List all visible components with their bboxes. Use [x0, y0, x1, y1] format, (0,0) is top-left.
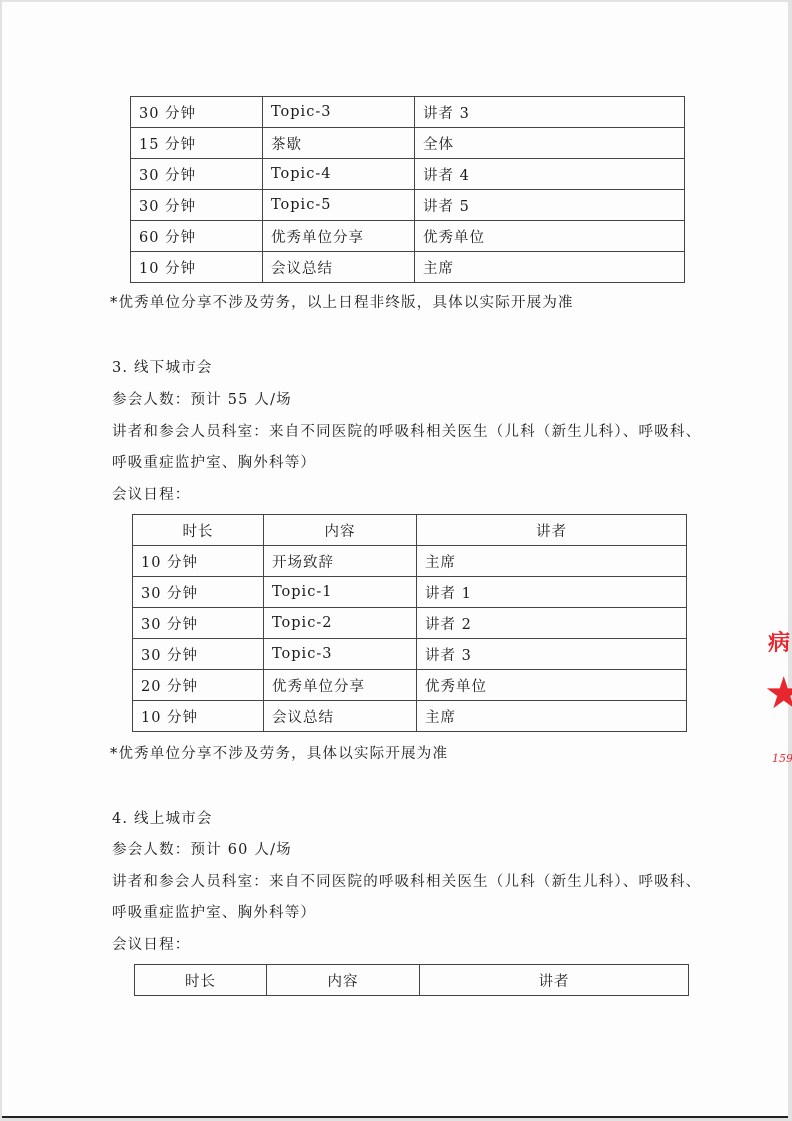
speaker-cell: 讲者 4	[415, 159, 685, 190]
speaker-cell: 讲者 3	[415, 97, 685, 128]
content-cell: 会议总结	[263, 252, 415, 283]
schedule-table-continued: 30 分钟 Topic-3 讲者 3 15 分钟 茶歇 全体 30 分钟 Top…	[130, 96, 685, 283]
official-seal: 病 ★ 159	[762, 612, 792, 772]
footnote: *优秀单位分享不涉及劳务，具体以实际开展为准	[110, 744, 448, 764]
attendee-count: 参会人数：预计 60 人/场	[112, 840, 292, 860]
table-row: 20 分钟 优秀单位分享 优秀单位	[133, 670, 687, 701]
departments-text-cont: 呼吸重症监护室、胸外科等）	[112, 453, 316, 473]
duration-cell: 30 分钟	[133, 608, 264, 639]
seal-character: 病	[768, 626, 790, 657]
table-row: 15 分钟 茶歇 全体	[131, 128, 685, 159]
content-cell: Topic-3	[263, 97, 415, 128]
content-cell: Topic-3	[264, 639, 417, 670]
header-speaker: 讲者	[420, 965, 689, 996]
speaker-cell: 讲者 2	[417, 608, 687, 639]
content-cell: Topic-2	[264, 608, 417, 639]
content-cell: 优秀单位分享	[263, 221, 415, 252]
document-page: 30 分钟 Topic-3 讲者 3 15 分钟 茶歇 全体 30 分钟 Top…	[2, 2, 788, 1118]
speaker-cell: 讲者 5	[415, 190, 685, 221]
departments-text-cont: 呼吸重症监护室、胸外科等）	[112, 903, 316, 923]
speaker-cell: 优秀单位	[415, 221, 685, 252]
table-row: 10 分钟 开场致辞 主席	[133, 546, 687, 577]
footnote: *优秀单位分享不涉及劳务，以上日程非终版，具体以实际开展为准	[110, 293, 574, 313]
attendee-count: 参会人数：预计 55 人/场	[112, 390, 292, 410]
speaker-cell: 优秀单位	[417, 670, 687, 701]
header-duration: 时长	[133, 515, 264, 546]
content-cell: 会议总结	[264, 701, 417, 732]
content-cell: 开场致辞	[264, 546, 417, 577]
table-row: 10 分钟 会议总结 主席	[131, 252, 685, 283]
duration-cell: 10 分钟	[131, 252, 263, 283]
speaker-cell: 主席	[417, 701, 687, 732]
section-heading: 3. 线下城市会	[112, 358, 213, 378]
header-content: 内容	[264, 515, 417, 546]
table-header-row: 时长 内容 讲者	[133, 515, 687, 546]
speaker-cell: 讲者 1	[417, 577, 687, 608]
duration-cell: 15 分钟	[131, 128, 263, 159]
speaker-cell: 主席	[417, 546, 687, 577]
duration-cell: 30 分钟	[133, 639, 264, 670]
duration-cell: 30 分钟	[131, 190, 263, 221]
header-speaker: 讲者	[417, 515, 687, 546]
departments-text: 讲者和参会人员科室：来自不同医院的呼吸科相关医生（儿科（新生儿科）、呼吸科、	[112, 422, 701, 442]
speaker-cell: 主席	[415, 252, 685, 283]
table-header-row: 时长 内容 讲者	[135, 965, 689, 996]
schedule-table-offline: 时长 内容 讲者 10 分钟 开场致辞 主席 30 分钟 Topic-1 讲者 …	[132, 514, 687, 732]
content-cell: Topic-5	[263, 190, 415, 221]
table-row: 30 分钟 Topic-5 讲者 5	[131, 190, 685, 221]
seal-star-icon: ★	[764, 672, 792, 716]
agenda-label: 会议日程：	[112, 485, 191, 505]
header-content: 内容	[267, 965, 420, 996]
duration-cell: 60 分钟	[131, 221, 263, 252]
table-row: 10 分钟 会议总结 主席	[133, 701, 687, 732]
content-cell: 茶歇	[263, 128, 415, 159]
speaker-cell: 讲者 3	[417, 639, 687, 670]
content-cell: 优秀单位分享	[264, 670, 417, 701]
table-row: 60 分钟 优秀单位分享 优秀单位	[131, 221, 685, 252]
duration-cell: 20 分钟	[133, 670, 264, 701]
speaker-cell: 全体	[415, 128, 685, 159]
duration-cell: 10 分钟	[133, 701, 264, 732]
schedule-table-online: 时长 内容 讲者	[134, 964, 689, 996]
table-row: 30 分钟 Topic-1 讲者 1	[133, 577, 687, 608]
table-row: 30 分钟 Topic-3 讲者 3	[133, 639, 687, 670]
duration-cell: 30 分钟	[133, 577, 264, 608]
content-cell: Topic-1	[264, 577, 417, 608]
header-duration: 时长	[135, 965, 267, 996]
table-row: 30 分钟 Topic-2 讲者 2	[133, 608, 687, 639]
departments-text: 讲者和参会人员科室：来自不同医院的呼吸科相关医生（儿科（新生儿科）、呼吸科、	[112, 872, 701, 892]
agenda-label: 会议日程：	[112, 935, 191, 955]
duration-cell: 30 分钟	[131, 97, 263, 128]
seal-number: 159	[772, 752, 792, 765]
content-cell: Topic-4	[263, 159, 415, 190]
table-row: 30 分钟 Topic-3 讲者 3	[131, 97, 685, 128]
section-heading: 4. 线上城市会	[112, 809, 213, 829]
duration-cell: 10 分钟	[133, 546, 264, 577]
table-row: 30 分钟 Topic-4 讲者 4	[131, 159, 685, 190]
duration-cell: 30 分钟	[131, 159, 263, 190]
